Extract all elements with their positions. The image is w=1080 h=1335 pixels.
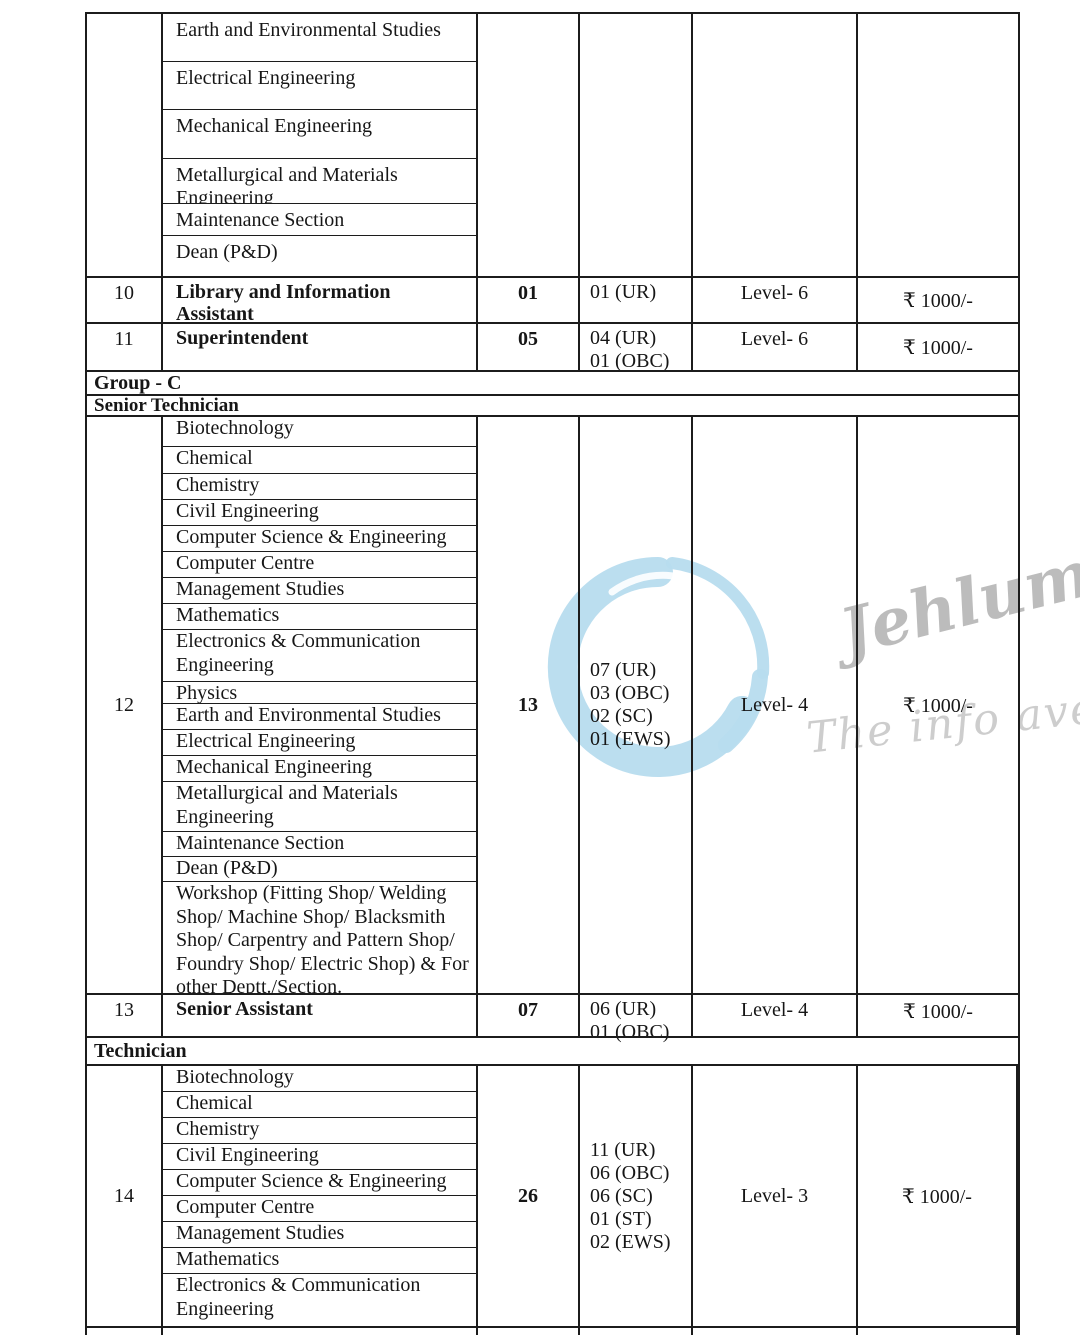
sno-cell: 10 [87,278,163,322]
carryover-department-list: Earth and Environmental StudiesElectrica… [163,14,476,276]
department-cell: Mechanical Engineering [163,110,476,159]
pay-level-value: Level- 3 [693,1066,856,1326]
category-lines: 07 (UR)03 (OBC)02 (SC)01 (EWS) [580,659,671,751]
department-list: BiotechnologyChemicalChemistryCivil Engi… [163,417,476,993]
fee-cell: ₹ 1000/- [858,417,1018,993]
categories-cell: 07 (UR)03 (OBC)02 (SC)01 (EWS) [580,417,693,993]
category-line: 06 (OBC) [590,1162,671,1185]
post-name-cell: Senior Assistant [163,995,478,1036]
department-cell: Earth and Environmental Studies [163,704,476,730]
department-cell: Dean (P&D) [163,857,476,882]
department-cell: Chemical [163,447,476,474]
document-page: Jehlum The info avenue Earth and Environ… [0,0,1080,1335]
sno-cell: 13 [87,995,163,1036]
category-line: 02 (EWS) [590,1231,671,1254]
category-lines: 01 (UR) [580,278,691,304]
department-cell: Civil Engineering [163,1144,476,1170]
department-cell: Biotechnology [163,1066,476,1092]
department-cell: Chemical [163,1092,476,1118]
total-posts-cell: 26 [478,1066,580,1335]
section-header-row: Technician [85,1036,1020,1064]
department-cell: Chemistry [163,1118,476,1144]
total-posts-cell: 07 [478,995,580,1036]
category-line: 02 (SC) [590,705,671,728]
category-line: 01 (EWS) [590,728,671,751]
department-cell: Mathematics [163,1248,476,1274]
sno-cell: 14 [87,1066,163,1335]
carryover-categories-cell [580,14,693,276]
department-cell: Metallurgical and Materials Engineering [163,782,476,832]
fee-cell: ₹ 1000/- [858,1066,1018,1335]
categories-cell: 11 (UR)06 (OBC)06 (SC)01 (ST)02 (EWS) [580,1066,693,1335]
carryover-total-cell [478,14,580,276]
sno-value: 14 [87,1066,161,1326]
department-cell: Management Studies [163,578,476,604]
fee-cell: ₹ 1000/- [858,278,1018,322]
section-header-row: Senior Technician [85,394,1020,415]
department-cell: Earth and Environmental Studies [163,14,476,62]
fee-value: ₹ 1000/- [858,1066,1016,1326]
department-cell: Physics [163,682,476,704]
table-row-13: 13 Senior Assistant 07 06 (UR)01 (OBC) L… [85,993,1020,1036]
pay-level-cell: Level- 3 [693,1066,858,1335]
post-name-cell: Library and Information Assistant [163,278,478,322]
categories-cell: 04 (UR)01 (OBC) [580,324,693,370]
sno-cell: 12 [87,417,163,993]
category-line: 04 (UR) [590,327,685,350]
department-cell: Electrical Engineering [163,730,476,756]
department-cell: Civil Engineering [163,500,476,526]
department-cell: Dean (P&D) [163,236,476,276]
page-cut-border [85,1326,1020,1328]
section-header-label: Technician [87,1038,1018,1064]
department-cell: Electronics & Communication Engineering [163,1274,476,1326]
department-list: BiotechnologyChemicalChemistryCivil Engi… [163,1066,476,1326]
department-cell: Mathematics [163,604,476,630]
departments-cell: BiotechnologyChemicalChemistryCivil Engi… [163,417,478,993]
table-row-11: 11 Superintendent 05 04 (UR)01 (OBC) Lev… [85,322,1020,370]
department-cell: Metallurgical and Materials Engineering [163,159,476,204]
categories-cell: 01 (UR) [580,278,693,322]
carryover-row: Earth and Environmental StudiesElectrica… [85,12,1020,276]
fee-cell: ₹ 1000/- [858,324,1018,370]
department-cell: Computer Centre [163,552,476,578]
department-cell: Workshop (Fitting Shop/ Welding Shop/ Ma… [163,882,476,993]
category-line: 03 (OBC) [590,682,671,705]
category-line: 06 (UR) [590,998,685,1021]
category-line: 01 (ST) [590,1208,671,1231]
fee-cell: ₹ 1000/- [858,995,1018,1036]
post-name-cell: Superintendent [163,324,478,370]
categories-cell: 06 (UR)01 (OBC) [580,995,693,1036]
category-lines: 11 (UR)06 (OBC)06 (SC)01 (ST)02 (EWS) [580,1139,671,1254]
carryover-level-cell [693,14,858,276]
departments-cell: BiotechnologyChemicalChemistryCivil Engi… [163,1066,478,1335]
table-row-14: 14 BiotechnologyChemicalChemistryCivil E… [85,1064,1020,1335]
carryover-departments-cell: Earth and Environmental StudiesElectrica… [163,14,478,276]
section-header-label: Senior Technician [87,396,1018,415]
department-cell: Computer Science & Engineering [163,1170,476,1196]
department-cell: Maintenance Section [163,832,476,857]
department-cell: Maintenance Section [163,204,476,236]
total-posts-cell: 13 [478,417,580,993]
department-cell: Chemistry [163,474,476,500]
total-posts-cell: 05 [478,324,580,370]
group-header-label: Group - C [87,372,1018,394]
department-cell: Mechanical Engineering [163,756,476,782]
category-line: 06 (SC) [590,1185,671,1208]
category-line: 11 (UR) [590,1139,671,1162]
category-lines: 04 (UR)01 (OBC) [580,324,691,373]
carryover-fee-cell [858,14,1018,276]
total-posts-cell: 01 [478,278,580,322]
category-line: 07 (UR) [590,659,671,682]
total-posts-value: 26 [478,1066,578,1326]
department-cell: Computer Science & Engineering [163,526,476,552]
pay-level-cell: Level- 4 [693,417,858,993]
pay-level-cell: Level- 6 [693,324,858,370]
department-cell: Biotechnology [163,417,476,447]
pay-level-cell: Level- 4 [693,995,858,1036]
department-cell: Electronics & Communication Engineering [163,630,476,682]
department-cell: Management Studies [163,1222,476,1248]
department-cell: Computer Centre [163,1196,476,1222]
category-line: 01 (UR) [590,281,685,304]
department-cell: Electrical Engineering [163,62,476,110]
table-row-12: 12 BiotechnologyChemicalChemistryCivil E… [85,415,1020,993]
sno-cell: 11 [87,324,163,370]
carryover-sno-cell [87,14,163,276]
table-row-10: 10 Library and Information Assistant 01 … [85,276,1020,322]
pay-level-cell: Level- 6 [693,278,858,322]
group-header-row: Group - C [85,370,1020,394]
